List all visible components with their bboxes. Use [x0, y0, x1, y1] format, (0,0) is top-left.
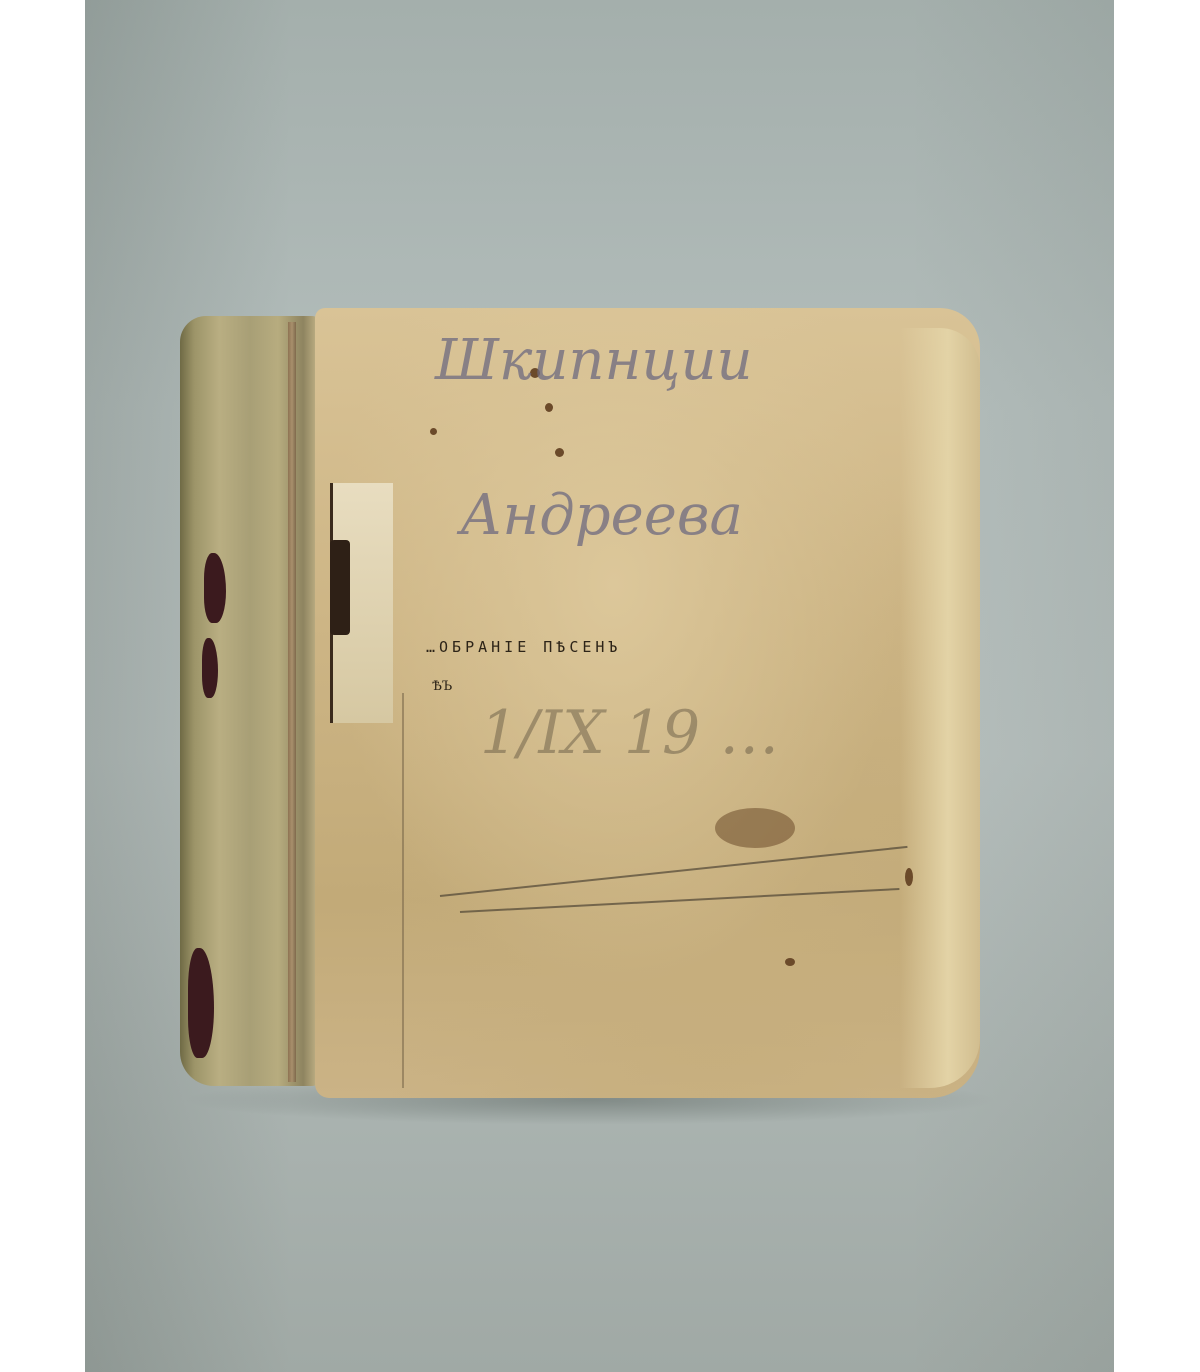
ink-spot	[555, 448, 564, 457]
torn-cover-shadow	[330, 540, 350, 635]
printed-subtitle-fragment: ѢЪ	[432, 679, 452, 694]
photo-background: …ОБРАНІЕ ПѢСЕНЪ ѢЪ Шкипнции Андреева 1/I…	[85, 0, 1114, 1372]
ink-spot	[785, 958, 795, 966]
handwriting-line-1: Шкипнции	[435, 328, 753, 393]
spine-crease	[288, 322, 296, 1082]
water-stain	[715, 808, 795, 848]
ink-spot	[545, 403, 553, 412]
ink-spot	[905, 868, 913, 886]
page-edges	[900, 328, 980, 1088]
handwriting-line-2: Андреева	[460, 483, 743, 548]
ink-spot	[430, 428, 437, 435]
antique-book: …ОБРАНІЕ ПѢСЕНЪ ѢЪ Шкипнции Андреева 1/I…	[180, 308, 980, 1098]
handwriting-date: 1/IX 19 …	[480, 698, 779, 768]
printed-title: …ОБРАНІЕ ПѢСЕНЪ	[426, 638, 621, 656]
cover-seam	[402, 693, 404, 1088]
